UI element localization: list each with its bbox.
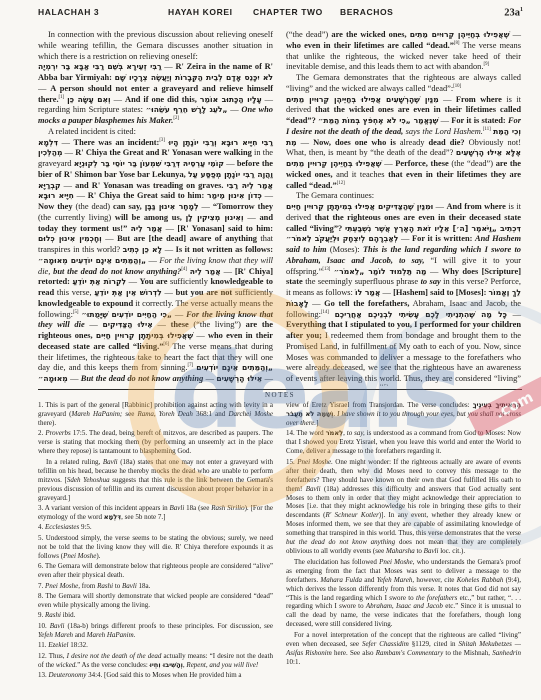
hebrew-text-run: אֲמַר לֵיהּ	[190, 267, 221, 276]
hebrew-text-run: דִּלְמָא	[38, 138, 58, 147]
footnote-marker: [15]	[380, 385, 388, 386]
text-run: and	[73, 631, 87, 639]
text-run: and it teaches	[333, 170, 389, 179]
text-run: In connection with the previous discussi…	[38, 30, 273, 61]
paragraph: מִנַּיִן שֶׁהָרְשָׁעִים אֲפִילוּ בְּחַיֵ…	[286, 95, 521, 192]
paragraph: 3. A variant version of this incident ap…	[38, 504, 273, 522]
text-run: You are	[140, 277, 168, 286]
text-run: Is it not written as follows:	[176, 245, 273, 254]
text-run: Sdeh Yehoshua	[67, 476, 110, 484]
text-run: sufficiently	[167, 277, 210, 286]
paragraph: The elucidation has followed Pnei Moshe,…	[286, 558, 521, 630]
paragraph: 13. Deuteronomy 34:4. [God said this to …	[38, 671, 273, 680]
text-run: Proverbs	[45, 429, 70, 437]
text-run: and R' Yonasan was treading on graves.	[75, 181, 226, 190]
text-run: —	[438, 116, 451, 125]
text-run: [R' Yonasan] said to him:	[177, 224, 273, 233]
elucidation-columns: In connection with the previous discussi…	[38, 30, 522, 386]
text-run: the seemingly superfluous phrase	[303, 277, 421, 286]
text-run: 34:4. [God said this to Moses when He pr…	[86, 671, 241, 679]
text-run: Rash Sirilio	[211, 504, 244, 512]
hebrew-text-run: מַה תַּלְמוּד לוֹמַר „לֵאמֹר״	[334, 267, 427, 276]
text-run: (18a-b) brings different proofs to these…	[65, 622, 274, 630]
text-run: 11.	[38, 641, 48, 649]
text-run: Pnei Moshe	[63, 552, 96, 560]
hebrew-text-run: שֶׁנֶּאֱמַר „כִּי לֹא אֶחְפֹּץ בְּמוֹת ה…	[318, 116, 438, 125]
page-body: In connection with the previous discussi…	[38, 30, 522, 693]
header-halachah: HALACHAH 3	[38, 7, 99, 17]
text-run: 7.	[38, 582, 45, 590]
hebrew-text-run: שֶׁאֲפִילוּ בְּחַיֵּיהֶן קְרוּיִים מֵתִי…	[410, 30, 510, 39]
text-run: this verse,	[54, 288, 94, 297]
text-run: loc. cit.).	[438, 547, 465, 555]
text-run: who even in their lifetimes are called “…	[286, 41, 454, 50]
text-run: 9.	[38, 611, 45, 619]
text-run: —	[62, 148, 75, 157]
text-run: Now, does one who is	[313, 138, 396, 147]
hebrew-text-run: וְהָשִׁיבוּ וִחְיוּ	[150, 661, 183, 669]
notes-divider-line	[38, 389, 522, 390]
text-run: Pnei Moshe.	[297, 458, 333, 466]
text-run: —	[433, 202, 446, 211]
text-run: 12. Thus,	[38, 652, 67, 660]
hebrew-text-run: דִּלְמָא	[104, 513, 121, 521]
text-run: 14. The word	[286, 429, 326, 437]
text-run: regarding him Scripture states:	[38, 105, 146, 114]
text-run: —	[262, 191, 273, 200]
text-run: but the dead do not know anything	[286, 538, 395, 546]
text-run: Bavli	[306, 485, 321, 493]
paragraph: view of Eretz Yisrael from Transjordan. …	[286, 401, 521, 428]
text-run: 13.	[38, 671, 49, 679]
text-run: For it is written:	[412, 234, 475, 243]
text-run: will be among us,	[115, 213, 186, 222]
text-run: Darchei Moshe	[228, 410, 273, 418]
text-run: Koheles Rabbah	[457, 576, 504, 584]
paragraph: 9. Rashi ibid.	[38, 611, 273, 620]
footnote-marker: [9]	[483, 62, 489, 67]
text-run: 15.	[286, 458, 297, 466]
footnotes-columns: 1. This is part of the general [Rabbinic…	[38, 401, 522, 693]
text-run: —	[203, 374, 216, 383]
hebrew-text-run: „כִּי הַחַיִּים יוֹדְעִים שֶׁיָּמֻתוּ״	[81, 310, 172, 319]
text-run: Perforce, these	[395, 159, 448, 168]
hebrew-text-run: לְמָחָר אִינוּן גַּבָּן	[145, 202, 199, 211]
paragraph: 8. The Gemara will shortly demonstrate t…	[38, 592, 273, 610]
hebrew-text-run: וְאִינוּן מְצִיקִין לָן	[186, 213, 244, 222]
folio-number: 23a1	[504, 7, 523, 19]
text-run: 10.	[38, 622, 50, 630]
text-run: Rashi	[45, 611, 61, 619]
text-run: [Hashem] said to [Moses]:	[393, 288, 488, 297]
text-run: (“the living”)	[189, 320, 246, 329]
text-run: Bavli	[50, 622, 65, 630]
text-run: Sanhedrin	[492, 649, 521, 657]
text-run: Bavli	[103, 458, 118, 466]
text-run: (“the dead”)	[286, 30, 331, 39]
paragraph: The Gemara continues:	[286, 191, 521, 202]
text-run: view of Eretz Yisrael from Transjordan. …	[286, 401, 473, 409]
text-run: —	[262, 374, 273, 383]
talmud-page: HALACHAH 3 HAYAH KOREI CHAPTER TWO BERAC…	[0, 0, 541, 700]
text-run: Repent, and you will live!	[186, 661, 258, 669]
text-run: says the Lord Hashem.	[406, 127, 483, 136]
text-run: Mahara Fulda	[320, 576, 362, 584]
hebrew-text-run: וְחָכְמִין אִינוּן כְּלוּם	[38, 234, 102, 243]
text-run: —	[162, 224, 177, 233]
elucidation-right-column: (“the dead”) are the wicked ones, שֶׁאֲפ…	[286, 30, 521, 386]
text-run: —	[509, 30, 521, 39]
text-run: see	[122, 410, 137, 418]
text-run: —	[162, 245, 175, 254]
text-run: (the currently living)	[38, 213, 115, 222]
text-run: 8. The Gemara will shortly demonstrate t…	[38, 592, 273, 609]
text-run: already	[396, 138, 429, 147]
text-run: —	[111, 95, 125, 104]
text-run: —	[439, 95, 456, 104]
hebrew-text-run: לִקְרוֹת אַתְּ יוֹדֵעַ	[72, 277, 126, 286]
paragraph: The Gemara demonstrates that the righteo…	[286, 73, 521, 95]
hebrew-text-run: לִדְרוֹשׁ אֵין אַתְּ יוֹדֵעַ	[94, 288, 161, 297]
paragraph: 1. This is part of the general [Rabbinic…	[38, 401, 273, 428]
text-run: Maharsha	[386, 547, 415, 555]
text-run: —	[199, 202, 213, 211]
text-run: —	[427, 267, 442, 276]
text-run: (the “dead”)	[449, 159, 496, 168]
text-run: 10:1.	[286, 658, 300, 666]
text-run: Bavli	[122, 582, 137, 590]
text-run: But the dead do not know anything	[81, 374, 203, 383]
header-tractate: BERACHOS	[340, 7, 393, 17]
text-run: R' Chiya the Great and R' Yonasan were w…	[75, 148, 252, 157]
text-run: —	[309, 299, 325, 308]
text-run: 18a (see	[184, 504, 211, 512]
text-run: however, cite	[414, 576, 457, 584]
text-run: and	[362, 576, 377, 584]
footnote-marker: [12]	[337, 181, 345, 186]
text-run: And if one did this,	[125, 95, 200, 104]
hebrew-text-run: אֲמַר לוֹ	[355, 288, 380, 297]
text-run: —	[85, 320, 103, 329]
text-run: —	[153, 320, 171, 329]
hebrew-text-run: וּמִנַּיִן שֶׁהַצַּדִּיקִים אֲפִילוּ בְּ…	[286, 202, 433, 211]
text-run: Rambam's Commentary	[376, 649, 443, 657]
text-run: “Tomorrow they	[213, 202, 273, 211]
text-run: I desire not the death of the dead	[67, 652, 162, 660]
text-run: knowledgeable to expound	[38, 299, 133, 308]
text-run: —	[244, 213, 260, 222]
text-run: , see 5b note 7.]	[121, 513, 165, 521]
hebrew-text-run: „לֹעֵג לָרָשׁ חֵרֵף עֹשֵׂהוּ״	[146, 105, 228, 114]
notes-heading: NOTES	[38, 391, 522, 399]
text-run: 368:1 and	[193, 410, 229, 418]
text-run: (the dead)	[73, 202, 113, 211]
text-run: Pnei Moshe,	[379, 558, 414, 566]
text-run: —	[221, 267, 235, 276]
paragraph: 6. The Gemara will demonstrate below tha…	[38, 562, 273, 580]
hebrew-text-run: „וְהַמֵּתִים אֵינָם יוֹדְעִים מְאוּמָה״	[38, 256, 146, 265]
hebrew-text-run: לֹא יִכָּנֵס אָדָם לְבֵית הַקְּבָרוֹת וְ…	[115, 73, 273, 82]
text-run: R' Schneur Kotler	[326, 511, 379, 519]
text-run: to the Mishnah,	[443, 649, 492, 657]
text-run: —	[102, 234, 117, 243]
footnote-marker: [14]	[321, 310, 329, 315]
text-run: these	[171, 320, 189, 329]
folio-number-main: 23a	[504, 8, 520, 19]
text-run: these	[38, 385, 56, 386]
footnote-marker: [2]	[173, 116, 179, 121]
text-run: For it is stated:	[451, 116, 508, 125]
text-run: There was an incident:	[74, 138, 160, 147]
text-run: 18a.	[137, 582, 151, 590]
paragraph: דִּלְמָא — There was an incident:[3] רַב…	[38, 138, 273, 387]
text-run: are the wicked ones,	[331, 30, 409, 39]
text-run: —	[126, 277, 139, 286]
header-perek-name: HAYAH KOREI	[168, 7, 233, 17]
hebrew-text-run: קוֹמֵי עַרְסֵיהּ דְּרַבִּי שִׁמְעוֹן בַּ…	[74, 159, 224, 168]
paragraph: For a novel interpretation of the concep…	[286, 631, 521, 667]
hebrew-text-run: מִנַּיִן שֶׁהָרְשָׁעִים אֲפִילוּ בְּחַיֵ…	[286, 95, 439, 104]
text-run: —	[297, 138, 313, 147]
paragraph: וּמִנַּיִן שֶׁהַצַּדִּיקִים אֲפִילוּ בְּ…	[286, 202, 521, 386]
page-header: HALACHAH 3 HAYAH KOREI CHAPTER TWO BERAC…	[0, 7, 541, 21]
hebrew-text-run: וְאִם עָשָׂה כֵּן	[67, 95, 110, 104]
text-run: I redeemed them from bondage and brought…	[286, 331, 521, 386]
text-run: —	[61, 181, 76, 190]
paragraph: 4. Ecclesiastes 9:5.	[38, 523, 273, 532]
text-run: ibid.	[61, 611, 75, 619]
text-run: But are [the dead] aware of anything	[117, 234, 257, 243]
text-run: Abraham, Isaac and Jacob	[366, 602, 443, 610]
text-run: the forefathers	[416, 594, 457, 602]
footnote-marker: [10]	[453, 84, 461, 89]
hebrew-text-run: עָלָיו הַכָּתוּב אוֹמֵר	[200, 95, 262, 104]
text-run: Mareh HaPanim.	[87, 631, 136, 639]
hebrew-text-run: רַבִּי זְעֵירָא בְּשֵׁם רַבִּי אַבָּא בַ…	[38, 62, 162, 71]
paragraph: רַבִּי זְעֵירָא בְּשֵׁם רַבִּי אַבָּא בַ…	[38, 62, 273, 127]
text-run: here. See also	[332, 649, 376, 657]
text-run: there).	[38, 419, 56, 427]
paragraph: (“the dead”) are the wicked ones, שֶׁאֲפ…	[286, 30, 521, 73]
text-run: ” As the verse concludes:	[77, 661, 150, 669]
text-run: (Moses):	[327, 245, 363, 254]
text-run: A related incident is cited:	[48, 127, 136, 136]
footnote-marker: [5]	[73, 310, 79, 315]
text-run: —	[224, 159, 237, 168]
text-run: but you are not	[176, 288, 233, 297]
text-run: Bavli	[424, 547, 439, 555]
text-run: —	[398, 234, 412, 243]
text-run: From where	[456, 95, 502, 104]
text-run: —	[228, 105, 242, 114]
hebrew-text-run: אֲמַר לֵיהּ	[131, 224, 163, 233]
header-chapter: CHAPTER TWO	[253, 7, 323, 17]
text-run: sufficiently	[232, 288, 273, 297]
text-run: can say,	[113, 202, 145, 211]
text-run: —	[193, 331, 208, 340]
text-run: Go tell the forefathers,	[324, 299, 409, 308]
paragraph: In a related ruling, Bavli (18a) states …	[38, 458, 273, 503]
text-run: §1129, cited in	[409, 640, 459, 648]
text-run: to say	[421, 277, 441, 286]
text-run: Ezekiel	[48, 641, 68, 649]
text-run: —	[380, 288, 393, 297]
paragraph: 5. Understood simply, the verse seems to…	[38, 534, 273, 561]
text-run: Rashi	[97, 582, 113, 590]
paragraph: In connection with the previous discussi…	[38, 30, 273, 62]
text-run: Deuteronomy	[49, 671, 87, 679]
text-run: R' Chiya the Great said to him:	[88, 191, 207, 200]
text-run: —	[262, 95, 273, 104]
text-run: Mareh HaPanim;	[71, 410, 122, 418]
text-run: Ecclesiastes	[45, 523, 79, 531]
text-run: Rama, Yoreh Deah	[138, 410, 193, 418]
paragraph: 10. Bavli (18a-b) brings different proof…	[38, 622, 273, 640]
hebrew-text-run: אֵילּוּ הָרְשָׁעִים	[216, 374, 262, 383]
text-run: —	[507, 310, 521, 319]
hebrew-text-run: כָּל מַה שֶּׁהִתְנֵיתִי לָכֶם עָשִׂיתִי …	[335, 310, 507, 319]
text-run: —	[146, 256, 159, 265]
text-run: Pnei Moshe,	[45, 582, 80, 590]
footnote-marker: [11]	[483, 127, 491, 132]
text-run: And from where	[446, 202, 505, 211]
hebrew-text-run: לֵאמֹר	[326, 429, 344, 437]
text-run: Yefeh Mareh	[38, 631, 73, 639]
paragraph: 2. Proverbs 17:5. The dead, being bereft…	[38, 429, 273, 456]
text-run: Bavli	[170, 504, 185, 512]
text-run: In a related ruling,	[46, 458, 103, 466]
text-run: —	[68, 374, 81, 383]
text-run: The elucidation has followed	[294, 558, 379, 566]
text-run: The Gemara continues:	[296, 191, 374, 200]
text-run: 18:32.	[68, 641, 87, 649]
text-run: 3. A variant version of this incident ap…	[38, 504, 170, 512]
hebrew-text-run: כְּדוֹן אִינוּן מֵימַר	[207, 191, 262, 200]
text-run: —	[58, 138, 73, 147]
text-run: —	[38, 84, 50, 93]
text-run: from	[80, 582, 97, 590]
text-run: Sefer Chassidim	[362, 640, 409, 648]
text-run: —	[162, 62, 176, 71]
paragraph: 14. The word לֵאמֹר, to say, is understo…	[286, 429, 521, 456]
text-run: but the dead do not know anything?	[53, 267, 181, 276]
text-run: —	[172, 310, 186, 319]
footnotes-left-column: 1. This is part of the general [Rabbinic…	[38, 401, 273, 693]
footnotes-right-column: view of Eretz Yisrael from Transjordan. …	[286, 401, 521, 693]
paragraph: 12. Thus, I desire not the death of the …	[38, 652, 273, 670]
text-run: to	[113, 582, 122, 590]
text-run: wicked.	[56, 661, 77, 669]
text-run: to	[415, 547, 424, 555]
text-run: —	[162, 288, 176, 297]
hebrew-text-run: שֶׁאֲפִילוּ בְּמִיתָתָן קְרוּיִין חַיִּי…	[96, 331, 193, 340]
text-run: —	[382, 159, 396, 168]
paragraph: 15. Pnei Moshe. One might wonder: If the…	[286, 458, 521, 556]
text-run: 9:5.	[79, 523, 91, 531]
text-run: 4.	[38, 523, 45, 531]
paragraph: 7. Pnei Moshe, from Rashi to Bavli 18a.	[38, 582, 273, 591]
text-run: dead die?	[428, 138, 464, 147]
folio-number-superscript: 1	[520, 7, 523, 13]
text-run: —	[74, 191, 88, 200]
paragraph: A related incident is cited:	[38, 127, 273, 138]
text-run: 6. The Gemara will demonstrate below tha…	[38, 562, 273, 579]
hebrew-text-run: אֵילּוּ הַצַּדִּיקִים	[103, 320, 153, 329]
text-run: Yefeh Mareh,	[377, 576, 414, 584]
text-run: 17:5. The dead, being bereft of mitzvos,…	[38, 429, 273, 455]
text-run: to say,	[347, 429, 365, 437]
hebrew-text-run: לָא כֵּן כְּתִיב	[123, 245, 163, 254]
text-run: ]	[316, 419, 318, 427]
paragraph: 11. Ezekiel 18:32.	[38, 641, 273, 650]
text-run: ).	[96, 552, 100, 560]
text-run: The Gemara demonstrates that the righteo…	[286, 73, 521, 93]
elucidation-left-column: In connection with the previous discussi…	[38, 30, 273, 386]
text-run: Now they	[38, 202, 73, 211]
